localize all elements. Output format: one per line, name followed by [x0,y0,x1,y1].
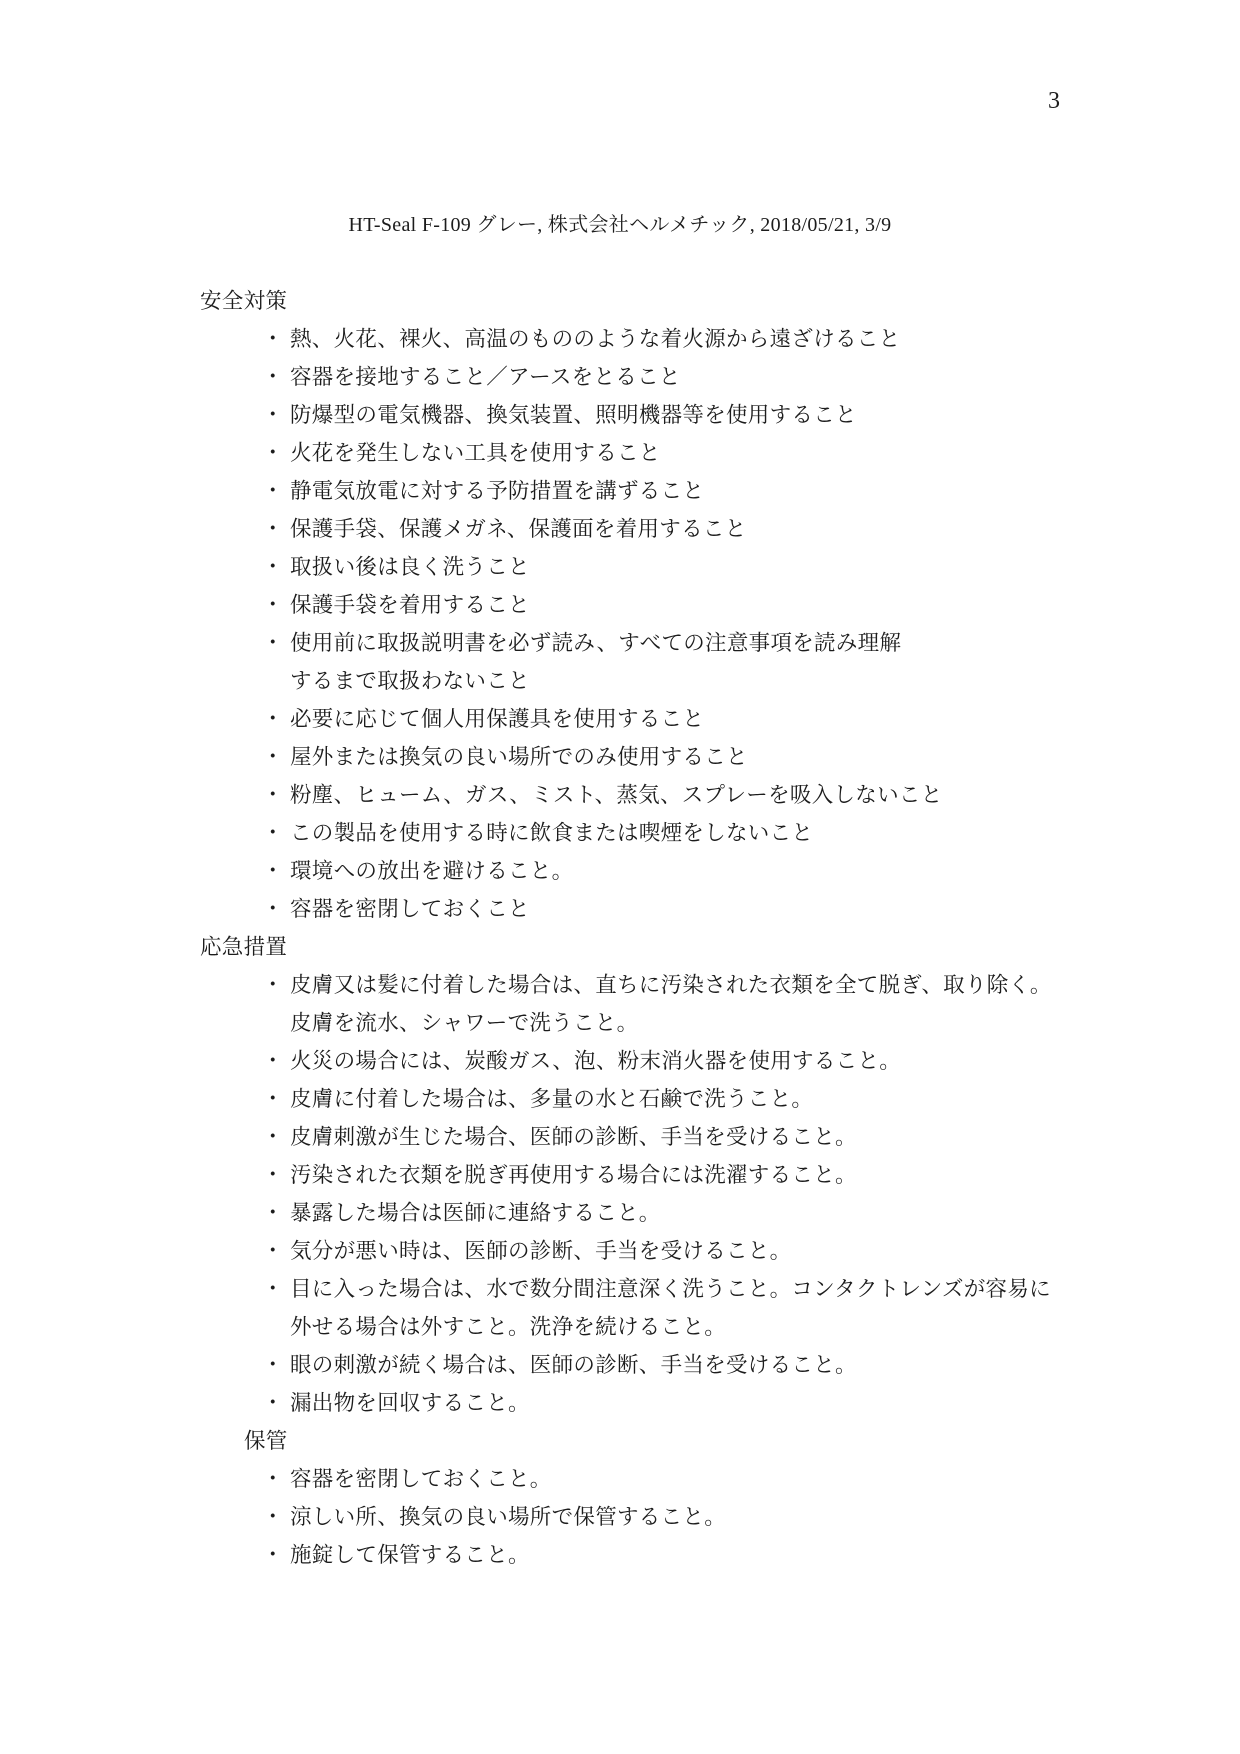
bullet-item: ・施錠して保管すること。 [0,1536,1240,1574]
item-line: 屋外または換気の良い場所でのみ使用すること [290,738,1240,776]
item-line: 暴露した場合は医師に連絡すること。 [290,1194,1240,1232]
bullet-item: ・容器を接地すること／アースをとること [0,358,1240,396]
page-number: 3 [1048,88,1060,115]
item-line: するまで取扱わないこと [290,662,1240,700]
bullet-marker: ・ [262,1232,288,1270]
bullet-marker: ・ [262,1118,288,1156]
item-line: 容器を密閉しておくこと [290,890,1240,928]
bullet-marker: ・ [262,1384,288,1422]
item-line: 気分が悪い時は、医師の診断、手当を受けること。 [290,1232,1240,1270]
bullet-marker: ・ [262,1042,288,1080]
bullet-marker: ・ [262,776,288,814]
bullet-item: ・環境への放出を避けること。 [0,852,1240,890]
bullet-marker: ・ [262,320,288,358]
item-line: 皮膚又は髪に付着した場合は、直ちに汚染された衣類を全て脱ぎ、取り除く。 [290,966,1240,1004]
item-line: 保護手袋を着用すること [290,586,1240,624]
item-line: 汚染された衣類を脱ぎ再使用する場合には洗濯すること。 [290,1156,1240,1194]
section-heading: 応急措置 [200,928,1240,966]
bullet-item: ・必要に応じて個人用保護具を使用すること [0,700,1240,738]
bullet-marker: ・ [262,472,288,510]
bullet-marker: ・ [262,1270,288,1308]
bullet-marker: ・ [262,852,288,890]
bullet-marker: ・ [262,1346,288,1384]
bullet-marker: ・ [262,586,288,624]
bullet-item: ・粉塵、ヒューム、ガス、ミスト、蒸気、スプレーを吸入しないこと [0,776,1240,814]
bullet-marker: ・ [262,358,288,396]
bullet-item: ・容器を密閉しておくこと [0,890,1240,928]
bullet-item: ・汚染された衣類を脱ぎ再使用する場合には洗濯すること。 [0,1156,1240,1194]
doc-body: 安全対策・熱、火花、裸火、高温のもののような着火源から遠ざけること・容器を接地す… [0,282,1240,1574]
bullet-marker: ・ [262,1156,288,1194]
item-line: 皮膚に付着した場合は、多量の水と石鹸で洗うこと。 [290,1080,1240,1118]
bullet-item: ・屋外または換気の良い場所でのみ使用すること [0,738,1240,776]
item-line: 火災の場合には、炭酸ガス、泡、粉末消火器を使用すること。 [290,1042,1240,1080]
bullet-marker: ・ [262,1536,288,1574]
bullet-item: ・皮膚に付着した場合は、多量の水と石鹸で洗うこと。 [0,1080,1240,1118]
item-line: 眼の刺激が続く場合は、医師の診断、手当を受けること。 [290,1346,1240,1384]
bullet-item: ・保護手袋を着用すること [0,586,1240,624]
bullet-item: ・暴露した場合は医師に連絡すること。 [0,1194,1240,1232]
bullet-marker: ・ [262,396,288,434]
item-line: 熱、火花、裸火、高温のもののような着火源から遠ざけること [290,320,1240,358]
bullet-marker: ・ [262,890,288,928]
bullet-item: ・この製品を使用する時に飲食または喫煙をしないこと [0,814,1240,852]
bullet-marker: ・ [262,1080,288,1118]
document-page: 3 HT-Seal F-109 グレー, 株式会社ヘルメチック, 2018/05… [0,0,1240,1754]
item-line: 静電気放電に対する予防措置を講ずること [290,472,1240,510]
item-line: 粉塵、ヒューム、ガス、ミスト、蒸気、スプレーを吸入しないこと [290,776,1240,814]
item-line: 環境への放出を避けること。 [290,852,1240,890]
bullet-marker: ・ [262,434,288,472]
item-line: 容器を接地すること／アースをとること [290,358,1240,396]
bullet-marker: ・ [262,738,288,776]
item-line: 取扱い後は良く洗うこと [290,548,1240,586]
bullet-marker: ・ [262,1194,288,1232]
item-line: 皮膚刺激が生じた場合、医師の診断、手当を受けること。 [290,1118,1240,1156]
item-line: 目に入った場合は、水で数分間注意深く洗うこと。コンタクトレンズが容易に [290,1270,1240,1308]
bullet-marker: ・ [262,1498,288,1536]
bullet-item: ・皮膚又は髪に付着した場合は、直ちに汚染された衣類を全て脱ぎ、取り除く。皮膚を流… [0,966,1240,1042]
section-heading: 安全対策 [200,282,1240,320]
section-heading: 保管 [244,1422,1240,1460]
bullet-item: ・熱、火花、裸火、高温のもののような着火源から遠ざけること [0,320,1240,358]
item-line: 防爆型の電気機器、換気装置、照明機器等を使用すること [290,396,1240,434]
bullet-item: ・取扱い後は良く洗うこと [0,548,1240,586]
bullet-marker: ・ [262,510,288,548]
bullet-item: ・気分が悪い時は、医師の診断、手当を受けること。 [0,1232,1240,1270]
item-line: 漏出物を回収すること。 [290,1384,1240,1422]
item-line: この製品を使用する時に飲食または喫煙をしないこと [290,814,1240,852]
item-line: 使用前に取扱説明書を必ず読み、すべての注意事項を読み理解 [290,624,1240,662]
bullet-item: ・火災の場合には、炭酸ガス、泡、粉末消火器を使用すること。 [0,1042,1240,1080]
bullet-item: ・皮膚刺激が生じた場合、医師の診断、手当を受けること。 [0,1118,1240,1156]
bullet-item: ・容器を密閉しておくこと。 [0,1460,1240,1498]
bullet-item: ・使用前に取扱説明書を必ず読み、すべての注意事項を読み理解するまで取扱わないこと [0,624,1240,700]
bullet-marker: ・ [262,814,288,852]
bullet-item: ・目に入った場合は、水で数分間注意深く洗うこと。コンタクトレンズが容易に外せる場… [0,1270,1240,1346]
doc-header-title: HT-Seal F-109 グレー, 株式会社ヘルメチック, 2018/05/2… [0,208,1240,237]
bullet-item: ・眼の刺激が続く場合は、医師の診断、手当を受けること。 [0,1346,1240,1384]
item-line: 必要に応じて個人用保護具を使用すること [290,700,1240,738]
bullet-marker: ・ [262,548,288,586]
item-line: 火花を発生しない工具を使用すること [290,434,1240,472]
item-line: 涼しい所、換気の良い場所で保管すること。 [290,1498,1240,1536]
bullet-marker: ・ [262,966,288,1004]
item-line: 容器を密閉しておくこと。 [290,1460,1240,1498]
item-line: 皮膚を流水、シャワーで洗うこと。 [290,1004,1240,1042]
bullet-item: ・保護手袋、保護メガネ、保護面を着用すること [0,510,1240,548]
bullet-item: ・火花を発生しない工具を使用すること [0,434,1240,472]
bullet-marker: ・ [262,624,288,662]
bullet-marker: ・ [262,1460,288,1498]
bullet-item: ・漏出物を回収すること。 [0,1384,1240,1422]
bullet-marker: ・ [262,700,288,738]
bullet-item: ・防爆型の電気機器、換気装置、照明機器等を使用すること [0,396,1240,434]
bullet-item: ・涼しい所、換気の良い場所で保管すること。 [0,1498,1240,1536]
item-line: 外せる場合は外すこと。洗浄を続けること。 [290,1308,1240,1346]
bullet-item: ・静電気放電に対する予防措置を講ずること [0,472,1240,510]
item-line: 保護手袋、保護メガネ、保護面を着用すること [290,510,1240,548]
item-line: 施錠して保管すること。 [290,1536,1240,1574]
